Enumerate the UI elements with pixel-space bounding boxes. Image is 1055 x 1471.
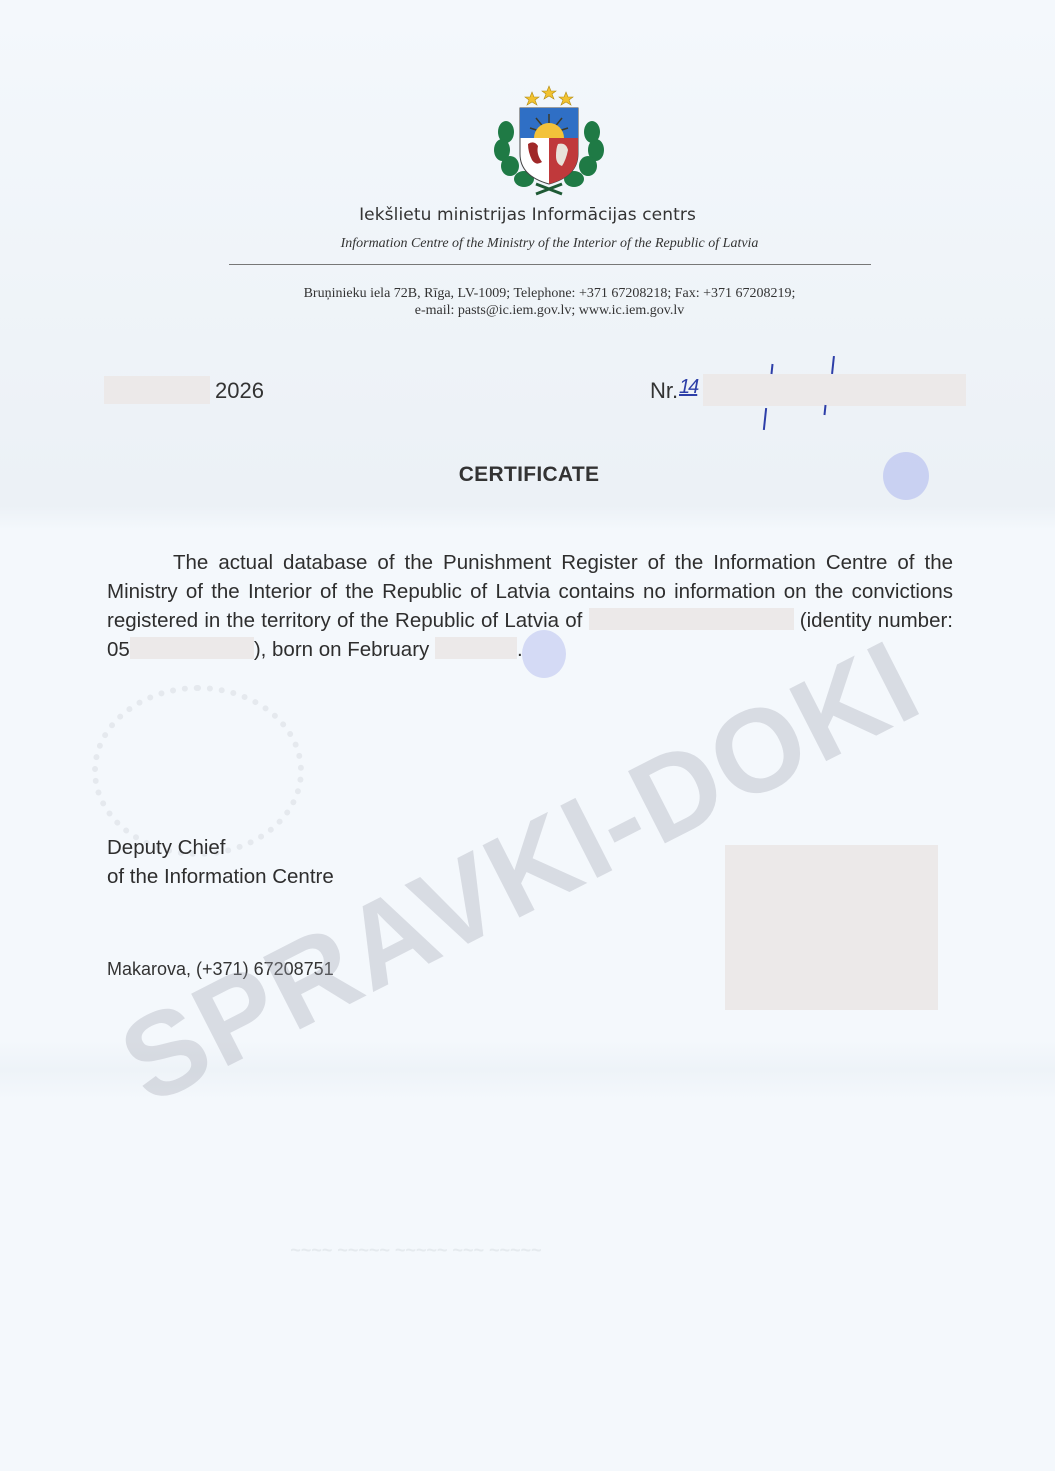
institution-name-latvian: Iekšlietu ministrijas Informācijas centr… [0, 205, 1055, 225]
redacted-full-name [589, 608, 794, 630]
signatory-position: Deputy Chief [107, 833, 334, 862]
number-label: Nr. [650, 378, 678, 404]
address-line: Bruņinieku iela 72B, Rīga, LV-1009; Tele… [0, 285, 1055, 302]
stamp-ink-dot [522, 630, 566, 678]
pen-mark [823, 405, 826, 415]
document-title: CERTIFICATE [0, 463, 1055, 487]
issue-year: 2026 [215, 378, 264, 404]
redacted-number [703, 374, 966, 406]
redacted-identity-number [130, 637, 254, 659]
institution-name-english: Information Centre of the Ministry of th… [0, 236, 1055, 252]
signatory-department: of the Information Centre [107, 862, 334, 891]
body-text-part: ), born on February [254, 638, 435, 661]
pen-mark [770, 364, 773, 374]
pen-mark [831, 356, 835, 374]
header-divider [229, 264, 871, 265]
signatory-title: Deputy Chief of the Information Centre [107, 833, 334, 891]
contact-person: Makarova, (+371) 67208751 [107, 959, 334, 980]
pen-mark [763, 408, 767, 430]
contact-address: Bruņinieku iela 72B, Rīga, LV-1009; Tele… [0, 285, 1055, 319]
bleed-through-text: ~~~~ ~~~~~ ~~~~~ ~~~ ~~~~~ [290, 1240, 541, 1261]
redacted-signature [725, 845, 938, 1010]
email-website-line: e-mail: pasts@ic.iem.gov.lv; www.ic.iem.… [0, 302, 1055, 319]
embossed-seal [92, 685, 304, 857]
redacted-date [104, 376, 210, 404]
latvia-coat-of-arms-icon [492, 84, 606, 196]
handwritten-number: 14 [679, 376, 697, 399]
redacted-birth-date [435, 637, 517, 659]
